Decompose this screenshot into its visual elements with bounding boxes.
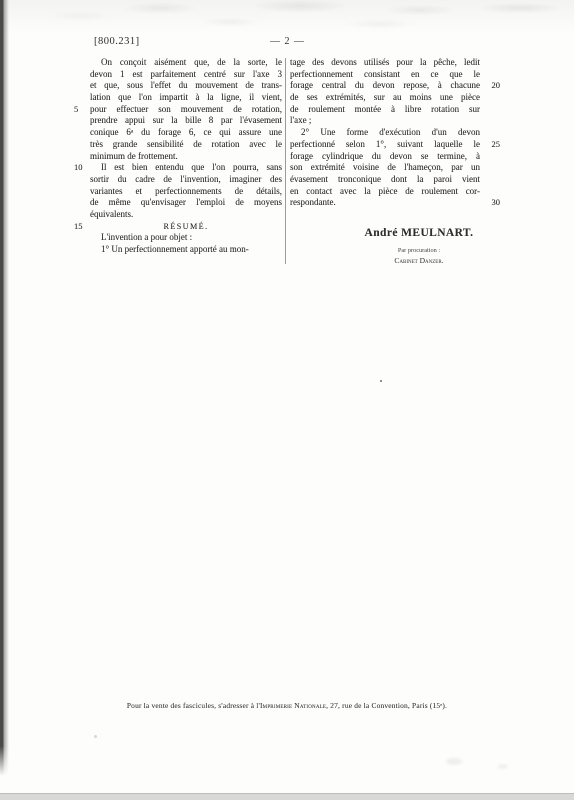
text-line: sortir du cadre de l'invention, imaginer… [90,174,282,186]
page-header: [800.231] — 2 — [75,36,500,47]
text-line: de même qu'envisager l'emploi de moyens [90,197,282,209]
text-line: conique 6ᵃ du forage 6, ce qui assure un… [90,127,282,139]
text-line: tage des devons utilisés pour la pêche, … [290,57,480,69]
scan-edge-bottom [0,793,574,800]
scan-speck [498,764,508,769]
text-line: de roulement montée à libre rotation sur [290,104,480,116]
imprint-footer: Pour la vente des fascicules, s'adresser… [40,701,534,710]
left-column: On conçoit aisément que, de la sorte, le… [90,57,282,256]
patent-number: [800.231] [94,36,140,47]
footer-text-pre: Pour la vente des fascicules, s'adresser… [127,701,260,710]
scan-speck [446,758,462,765]
column-divider [285,58,286,264]
text-line: perfectionnement consistant en ce que le [290,69,480,81]
line-number: 15 [74,221,83,233]
text-line: L'invention a pour objet : [90,232,282,244]
line-number: 30 [492,197,501,209]
scan-edge-fade [0,746,9,776]
line-number: 20 [492,80,501,92]
text-line: lation que l'on impartit à la ligne, il … [90,92,282,104]
text-line: 2° Une forme d'exécution d'un devon [290,127,480,139]
signature-block: André MEULNART. Par procuration : Cabine… [330,227,508,265]
text-line: de ses extrémités, sur au moins une pièc… [290,92,480,104]
scan-artifact-top [0,0,574,34]
inventor-name: André MEULNART. [330,227,508,239]
text-line: équivalents. [90,209,282,221]
page-number: — 2 — [270,36,305,47]
scan-speck [94,735,97,738]
footer-text-post: , 27, rue de la Convention, Paris (15ᵉ). [326,701,447,710]
line-number: 25 [492,139,501,151]
right-column: tage des devons utilisés pour la pêche, … [290,57,480,209]
scan-edge-left [0,0,9,776]
text-line: très grande sensibilité de rotation avec… [90,139,282,151]
text-line: évasement tronconique dont la paroi vien… [290,174,480,186]
scanned-patent-page: [800.231] — 2 — On conçoit aisément que,… [0,0,574,800]
text-line: en contact avec la pièce de roulement co… [290,186,480,198]
procuration-label: Par procuration : [330,247,508,254]
text-line: devon 1 est parfaitement centré sur l'ax… [90,69,282,81]
text-line: Il est bien entendu que l'on pourra, san… [90,162,282,174]
text-line: variantes et perfectionnements de détail… [90,186,282,198]
text-line: son extrémité voisine de l'hameçon, par … [290,162,480,174]
text-line: perfectionné selon 1°, suivant laquelle … [290,139,480,151]
text-line: forage central du devon repose, à chacun… [290,80,480,92]
text-line: minimum de frottement. [90,151,282,163]
text-line: l'axe ; [290,115,480,127]
text-line: forage cylindrique du devon se termine, … [290,151,480,163]
scan-speck [380,380,382,382]
text-line: et que, sous l'effet du mouvement de tra… [90,80,282,92]
text-line: prendre appui sur la bille 8 par l'évase… [90,115,282,127]
text-line: 1° Un perfectionnement apporté au mon- [90,244,282,256]
line-number: 10 [74,162,83,174]
footer-printer-name: Imprimerie Nationale [260,701,326,710]
line-number: 5 [74,104,78,116]
section-heading: RÉSUMÉ.15 [90,221,282,233]
text-line: pour effectuer son mouvement de rotation… [90,104,282,116]
text-line: respondante.30 [290,197,480,209]
text-line: On conçoit aisément que, de la sorte, le [90,57,282,69]
agent-name: Cabinet Danzer. [330,256,508,265]
